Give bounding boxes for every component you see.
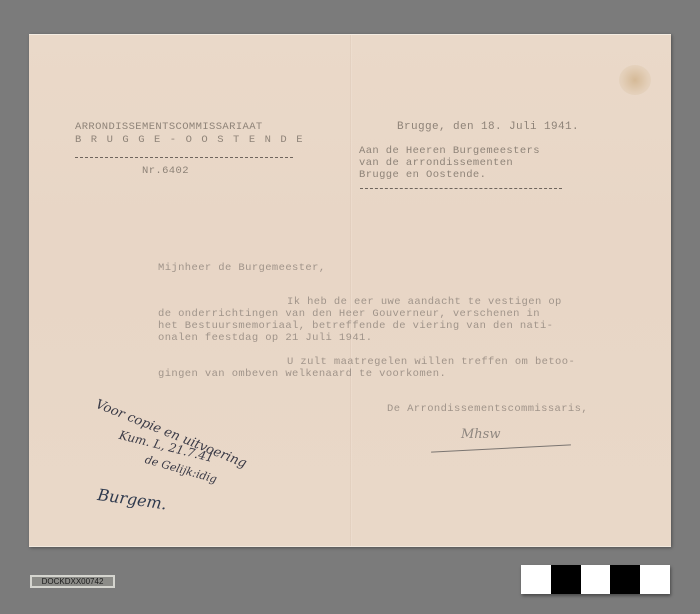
scale-swatch-white (521, 565, 551, 594)
body-line: gingen van ombeven welkenaard te voorkom… (158, 368, 446, 380)
signature-line (431, 444, 571, 452)
salutation: Mijnheer de Burgemeester, (158, 262, 326, 274)
body-line: Ik heb de eer uwe aandacht te vestigen o… (287, 296, 562, 308)
scale-swatch-black (551, 565, 581, 594)
header-office-line2: B R U G G E - O O S T E N D E (75, 134, 304, 146)
body-line: onalen feestdag op 21 Juli 1941. (158, 332, 372, 344)
body-line: het Bestuursmemoriaal, betreffende de vi… (158, 320, 553, 332)
signature: Mhsw (461, 427, 500, 442)
reference-number: Nr.6402 (142, 165, 189, 177)
header-underline (75, 157, 293, 158)
addressee-line: van de arrondissementen (359, 157, 513, 169)
scale-swatch-white (581, 565, 611, 594)
color-scale-bar (521, 565, 670, 594)
body-line: U zult maatregelen willen treffen om bet… (287, 356, 575, 368)
scale-swatch-white (640, 565, 670, 594)
closing-line: De Arrondissementscommissaris, (387, 403, 588, 415)
paper-fold (350, 35, 352, 546)
date-line: Brugge, den 18. Juli 1941. (397, 121, 579, 133)
addressee-line: Aan de Heeren Burgemeesters (359, 145, 540, 157)
scale-swatch-black (610, 565, 640, 594)
document-sheet: ARRONDISSEMENTSCOMMISSARIAAT B R U G G E… (29, 34, 671, 547)
addressee-line: Brugge en Oostende. (359, 169, 486, 181)
header-office-line1: ARRONDISSEMENTSCOMMISSARIAAT (75, 121, 263, 133)
paper-stain (619, 65, 651, 95)
archive-reference-label: DOCKDXX00742 (30, 575, 115, 588)
handwritten-signature: Burgem. (96, 485, 168, 514)
body-line: de onderrichtingen van den Heer Gouverne… (158, 308, 540, 320)
addressee-underline (360, 188, 562, 189)
